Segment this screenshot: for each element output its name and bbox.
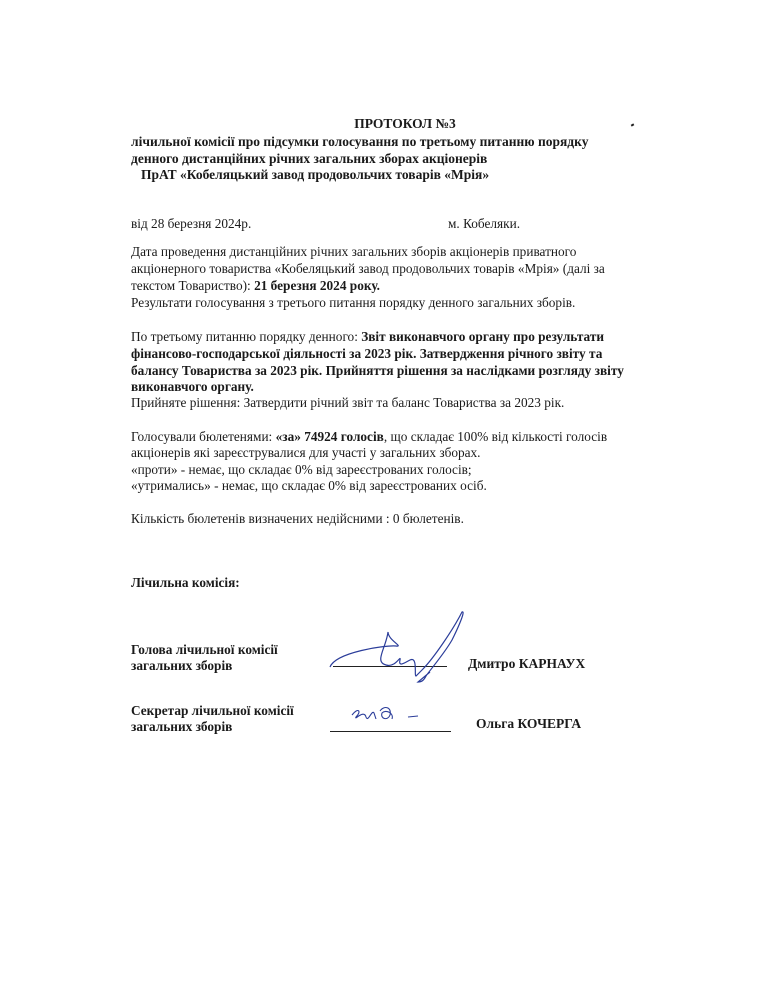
secretary-role-line-2: загальних зборів — [131, 718, 232, 735]
subtitle-line-1: лічильної комісії про підсумки голосуван… — [131, 134, 588, 150]
votes-for: «за» 74924 голосів — [276, 429, 384, 444]
chair-name: Дмитро КАРНАУХ — [468, 656, 585, 672]
decision-text: Прийняте рішення: Затвердити річний звіт… — [131, 394, 564, 411]
secretary-role-line-1: Секретар лічильної комісії — [131, 702, 294, 719]
invalid-ballots: Кількість бюлетенів визначених недійсним… — [131, 510, 464, 527]
meeting-date-line-2: акціонерного товариства «Кобеляцький зав… — [131, 260, 605, 277]
meeting-date-line-1: Дата проведення дистанційних річних зага… — [131, 243, 576, 260]
meeting-date-value: 21 березня 2024 року. — [254, 278, 380, 293]
agenda-line-1: По третьому питанню порядку денного: Зві… — [131, 328, 604, 345]
voting-results-intro: Результати голосування з третього питанн… — [131, 294, 575, 311]
votes-suffix: , що складає 100% від кількості голосів — [384, 429, 607, 444]
agenda-bold-1: Звіт виконавчого органу про результати — [361, 329, 604, 344]
subtitle-line-2: денного дистанційних річних загальних зб… — [131, 151, 487, 167]
votes-line-2: акціонерів які зареєструвалися для участ… — [131, 444, 481, 461]
votes-for-line: Голосували бюлетенями: «за» 74924 голосі… — [131, 428, 607, 445]
chair-role-line-1: Голова лічильної комісії — [131, 641, 278, 658]
agenda-line-4: виконавчого органу. — [131, 378, 254, 395]
votes-against: «проти» - немає, що складає 0% від зареє… — [131, 461, 472, 478]
protocol-date: від 28 березня 2024р. — [131, 215, 251, 232]
agenda-prefix: По третьому питанню порядку денного: — [131, 329, 361, 344]
secretary-signature-line — [330, 731, 451, 732]
agenda-line-3: балансу Товариства за 2023 рік. Прийнятт… — [131, 362, 624, 379]
subtitle-company: ПрАТ «Кобеляцький завод продовольчих тов… — [141, 167, 489, 183]
protocol-title: ПРОТОКОЛ №3 — [0, 116, 765, 132]
meeting-date-prefix: текстом Товариство): — [131, 278, 254, 293]
meeting-date-line-3: текстом Товариство): 21 березня 2024 рок… — [131, 277, 380, 294]
chair-signature — [326, 610, 476, 685]
votes-prefix: Голосували бюлетенями: — [131, 429, 276, 444]
agenda-line-2: фінансово-господарської діяльності за 20… — [131, 345, 602, 362]
chair-role-line-2: загальних зборів — [131, 657, 232, 674]
commission-heading: Лічильна комісія: — [131, 574, 240, 591]
secretary-signature — [350, 703, 430, 728]
votes-abstained: «утримались» - немає, що складає 0% від … — [131, 477, 487, 494]
secretary-name: Ольга КОЧЕРГА — [476, 716, 581, 732]
protocol-city: м. Кобеляки. — [448, 215, 520, 232]
